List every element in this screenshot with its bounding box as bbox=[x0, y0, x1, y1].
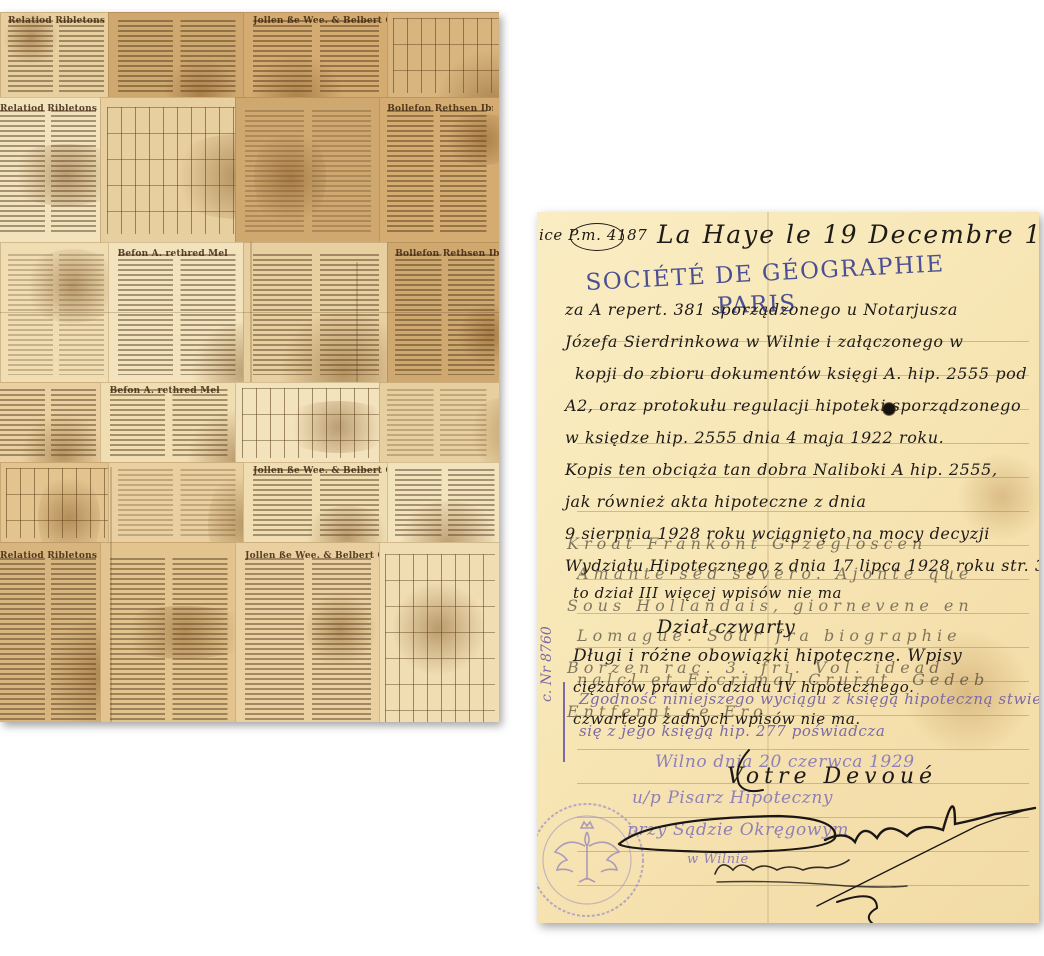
newspaper-clipping: Bollefon Rethsen Ibr. Rork bbox=[379, 97, 499, 244]
reference-number: ice P.m. 4187 bbox=[539, 226, 647, 244]
certification-line-2: się z jego księgą hip. 277 poświadcza bbox=[579, 722, 885, 740]
newspaper-clipping: Relatiod Ribletons Rolleſre bbox=[0, 97, 110, 244]
clipping-headline: Relatiod Ribletons Rolleſre bbox=[0, 551, 102, 561]
clipping-headline: Befon A. rethred Mel bbox=[118, 249, 244, 259]
newspaper-clipping bbox=[387, 12, 499, 99]
newspaper-clipping: Bollefon Rethsen Ibr. Rork bbox=[387, 242, 499, 384]
margin-note: c. Nr 8760 bbox=[539, 626, 555, 702]
newspaper-clipping: Jollen ße Wee. & Belbert Conpet mwnrrvel bbox=[243, 12, 397, 99]
certification-line-1: Zgodność niniejszego wyciągu z księgą hi… bbox=[579, 690, 1039, 708]
newspaper-clipping bbox=[379, 382, 499, 464]
overwritten-line: Sous Hollandais, giornevene en bbox=[567, 596, 974, 615]
newspaper-clipping bbox=[0, 382, 110, 464]
newspaper-collage-image: Relatiod Ribletons RolleſreJollen ße Wee… bbox=[0, 12, 499, 722]
clipping-headline: Bollefon Rethsen Ibr. Rork bbox=[387, 104, 493, 114]
clipping-headline: Relatiod Ribletons Rolleſre bbox=[0, 104, 102, 114]
overwritten-line: nalcl et Ercrimal Crurat. Gedeb bbox=[577, 670, 989, 689]
newspaper-clipping bbox=[108, 12, 253, 99]
signatory-line-1: u/p Pisarz Hipoteczny bbox=[632, 788, 833, 808]
clipping-headline: Bollefon Rethsen Ibr. Rork bbox=[395, 249, 499, 259]
newspaper-clipping: Befon A. rethred Mel bbox=[100, 382, 245, 464]
overwritten-line: Amante sed severo. Ajonte que bbox=[577, 564, 973, 583]
newspaper-clipping: Jollen ße Wee. & Belbert Conpet mwnrrvel bbox=[243, 462, 397, 544]
stamp-line-1: SOCIÉTÉ DE GÉOGRAPHIE bbox=[585, 251, 945, 296]
handwritten-line: Józefa Sierdrinkowa w Wilnie i załączone… bbox=[565, 332, 964, 351]
margin-rule bbox=[563, 682, 565, 762]
header-line: La Haye le 19 Decembre 19 bbox=[657, 220, 1039, 249]
signatory-line-2: przy Sądzie Okręgowym bbox=[627, 820, 849, 840]
overwrite-date: Votre Devoué bbox=[727, 764, 937, 789]
newspaper-clipping: Befon A. rethred Mel bbox=[108, 242, 253, 384]
handwritten-line: kopji do zbioru dokumentów księgi A. hip… bbox=[575, 364, 1027, 383]
newspaper-clipping bbox=[100, 97, 245, 244]
overwritten-line: Lomague. Sour fra biographie bbox=[577, 626, 962, 645]
newspaper-clipping: Relatiod Ribletons Rolleſre bbox=[0, 12, 118, 99]
handwritten-line: w księdze hip. 2555 dnia 4 maja 1922 rok… bbox=[565, 428, 944, 447]
clipping-headline: Jollen ße Wee. & Belbert Conpet mwnrrvel bbox=[245, 551, 379, 561]
paper-crease bbox=[110, 467, 112, 722]
handwritten-line: jak również akta hipoteczne z dnia bbox=[565, 492, 867, 511]
clipping-headline: Jollen ße Wee. & Belbert Conpet mwnrrvel bbox=[253, 466, 387, 476]
paper-crease bbox=[0, 312, 499, 313]
punch-hole bbox=[882, 402, 896, 416]
newspaper-clipping bbox=[235, 382, 389, 464]
signatory-line-3: w Wilnie bbox=[687, 852, 749, 867]
newspaper-clipping bbox=[243, 242, 397, 384]
paper-crease bbox=[356, 262, 358, 382]
handwritten-line: A2, oraz protokułu regulacji hipoteki sp… bbox=[565, 396, 1021, 415]
handwritten-line: Kopis ten obciąża tan dobra Naliboki A h… bbox=[565, 460, 998, 479]
clipping-headline: Befon A. rethred Mel bbox=[110, 386, 236, 396]
newspaper-clipping bbox=[379, 542, 499, 722]
newspaper-clipping bbox=[100, 542, 245, 722]
newspaper-clipping: Relatiod Ribletons Rolleſre bbox=[0, 542, 110, 722]
newspaper-clipping bbox=[0, 462, 118, 544]
handwritten-document-image: ice P.m. 4187 La Haye le 19 Decembre 19 … bbox=[537, 212, 1039, 923]
handwritten-line: za A repert. 381 sporządzonego u Notarju… bbox=[565, 300, 958, 319]
newspaper-clipping bbox=[387, 462, 499, 544]
newspaper-clipping bbox=[235, 97, 389, 244]
newspaper-clipping: Jollen ße Wee. & Belbert Conpet mwnrrvel bbox=[235, 542, 389, 722]
clipping-headline: Jollen ße Wee. & Belbert Conpet mwnrrvel bbox=[253, 16, 387, 26]
newspaper-clipping bbox=[108, 462, 253, 544]
overwritten-line: Kroat Frankont Grzegloscen bbox=[567, 534, 927, 553]
eagle-seal-icon bbox=[537, 790, 653, 920]
newspaper-clipping bbox=[0, 242, 118, 384]
